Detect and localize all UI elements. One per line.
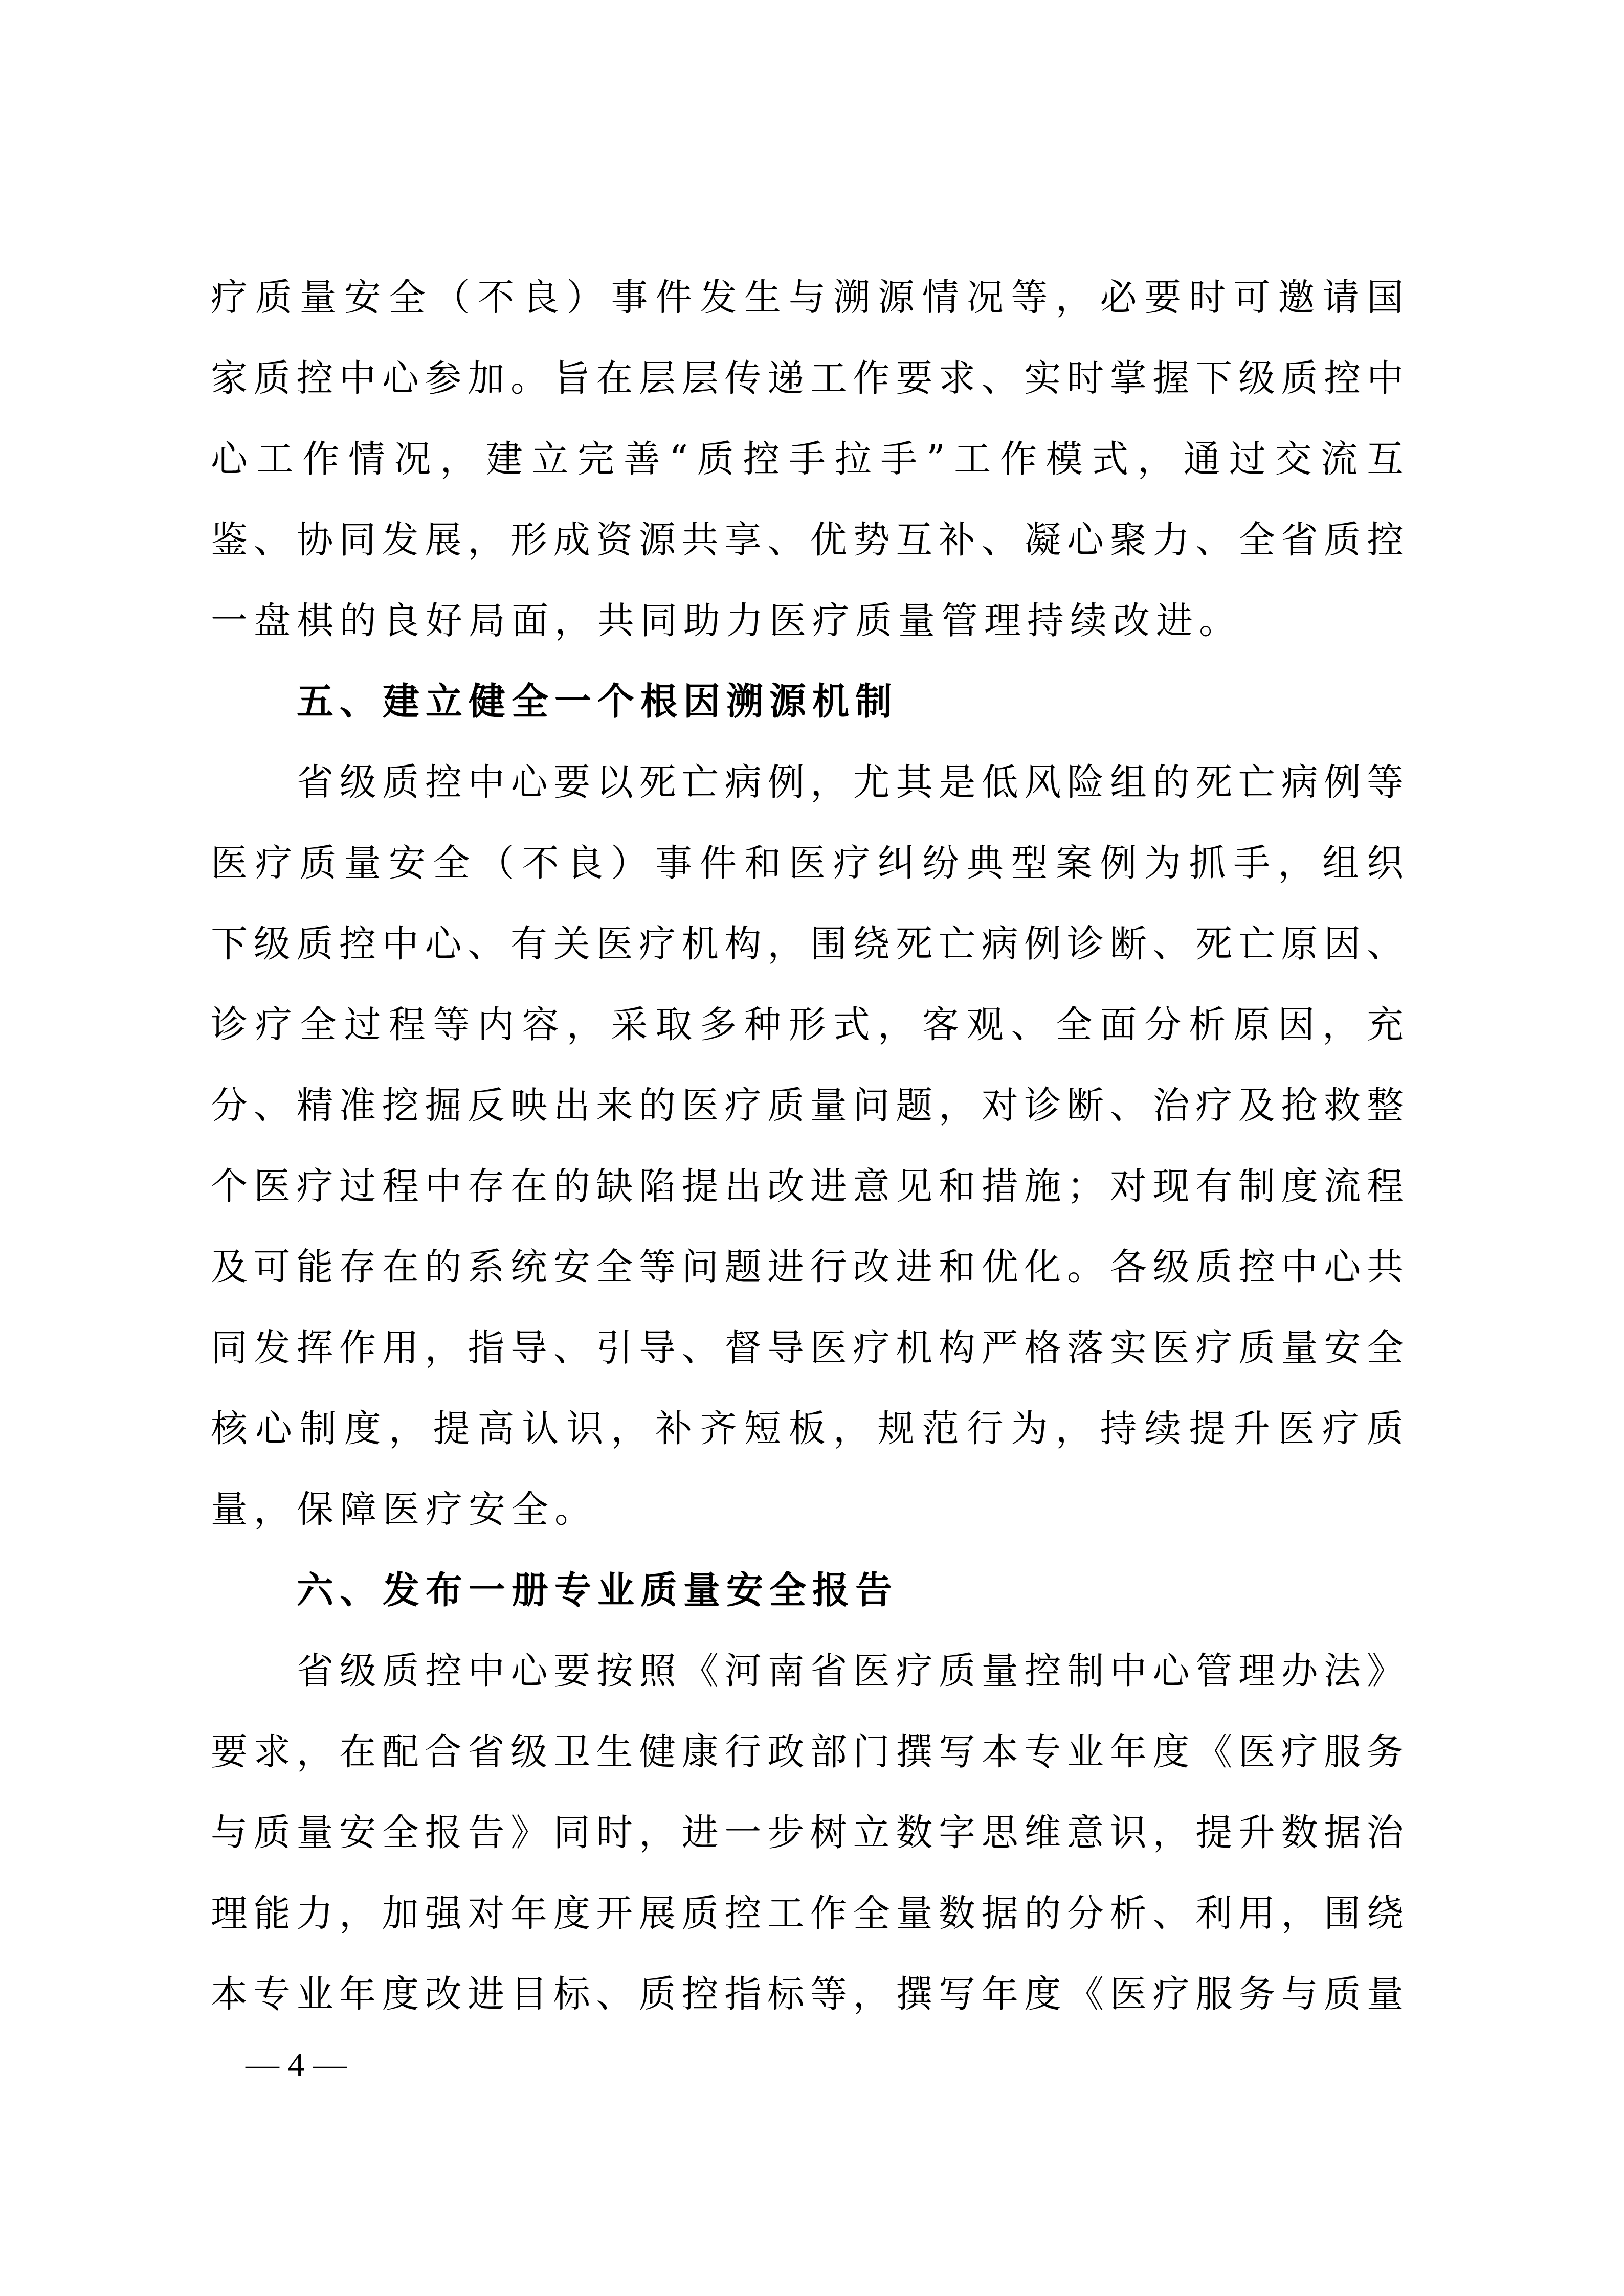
paragraph-line: 及可能存在的系统安全等问题进行改进和优化。各级质控中心共	[211, 1241, 1408, 1292]
paragraph-line: 个医疗过程中存在的缺陷提出改进意见和措施；对现有制度流程	[211, 1160, 1408, 1211]
paragraph-line: 心工作情况，建立完善“质控手拉手”工作模式，通过交流互	[211, 433, 1408, 484]
paragraph-line: 核心制度，提高认识，补齐短板，规范行为，持续提升医疗质	[211, 1403, 1408, 1454]
paragraph-line: 理能力，加强对年度开展质控工作全量数据的分析、利用，围绕	[211, 1887, 1408, 1939]
paragraph-line: 同发挥作用，指导、引导、督导医疗机构严格落实医疗质量安全	[211, 1322, 1408, 1373]
paragraph-line: 一盘棋的良好局面，共同助力医疗质量管理持续改进。	[211, 595, 1408, 646]
paragraph-line: 医疗质量安全（不良）事件和医疗纠纷典型案例为抓手，组织	[211, 837, 1408, 888]
paragraph-line: 量，保障医疗安全。	[211, 1483, 1408, 1535]
paragraph-line: 分、精准挖掘反映出来的医疗质量问题，对诊断、治疗及抢救整	[211, 1079, 1408, 1131]
section-heading-five: 五、建立健全一个根因溯源机制	[297, 676, 898, 727]
paragraph-line: 疗质量安全（不良）事件发生与溯源情况等，必要时可邀请国	[211, 272, 1408, 323]
section-heading-six: 六、发布一册专业质量安全报告	[297, 1564, 898, 1615]
paragraph-line: 家质控中心参加。旨在层层传递工作要求、实时掌握下级质控中	[211, 352, 1408, 403]
paragraph-first-line: 省级质控中心要按照《河南省医疗质量控制中心管理办法》	[297, 1645, 1408, 1696]
paragraph-first-line: 省级质控中心要以死亡病例，尤其是低风险组的死亡病例等	[297, 756, 1408, 807]
paragraph-line: 诊疗全过程等内容，采取多种形式，客观、全面分析原因，充	[211, 999, 1408, 1050]
paragraph-line: 本专业年度改进目标、质控指标等，撰写年度《医疗服务与质量	[211, 1968, 1408, 2019]
paragraph-line: 下级质控中心、有关医疗机构，围绕死亡病例诊断、死亡原因、	[211, 918, 1408, 969]
paragraph-line: 与质量安全报告》同时，进一步树立数字思维意识，提升数据治	[211, 1807, 1408, 1858]
page-number: — 4 —	[246, 2039, 347, 2090]
paragraph-line: 鉴、协同发展，形成资源共享、优势互补、凝心聚力、全省质控	[211, 514, 1408, 565]
document-page: 疗质量安全（不良）事件发生与溯源情况等，必要时可邀请国 家质控中心参加。旨在层层…	[0, 0, 1624, 2296]
paragraph-line: 要求，在配合省级卫生健康行政部门撰写本专业年度《医疗服务	[211, 1726, 1408, 1777]
